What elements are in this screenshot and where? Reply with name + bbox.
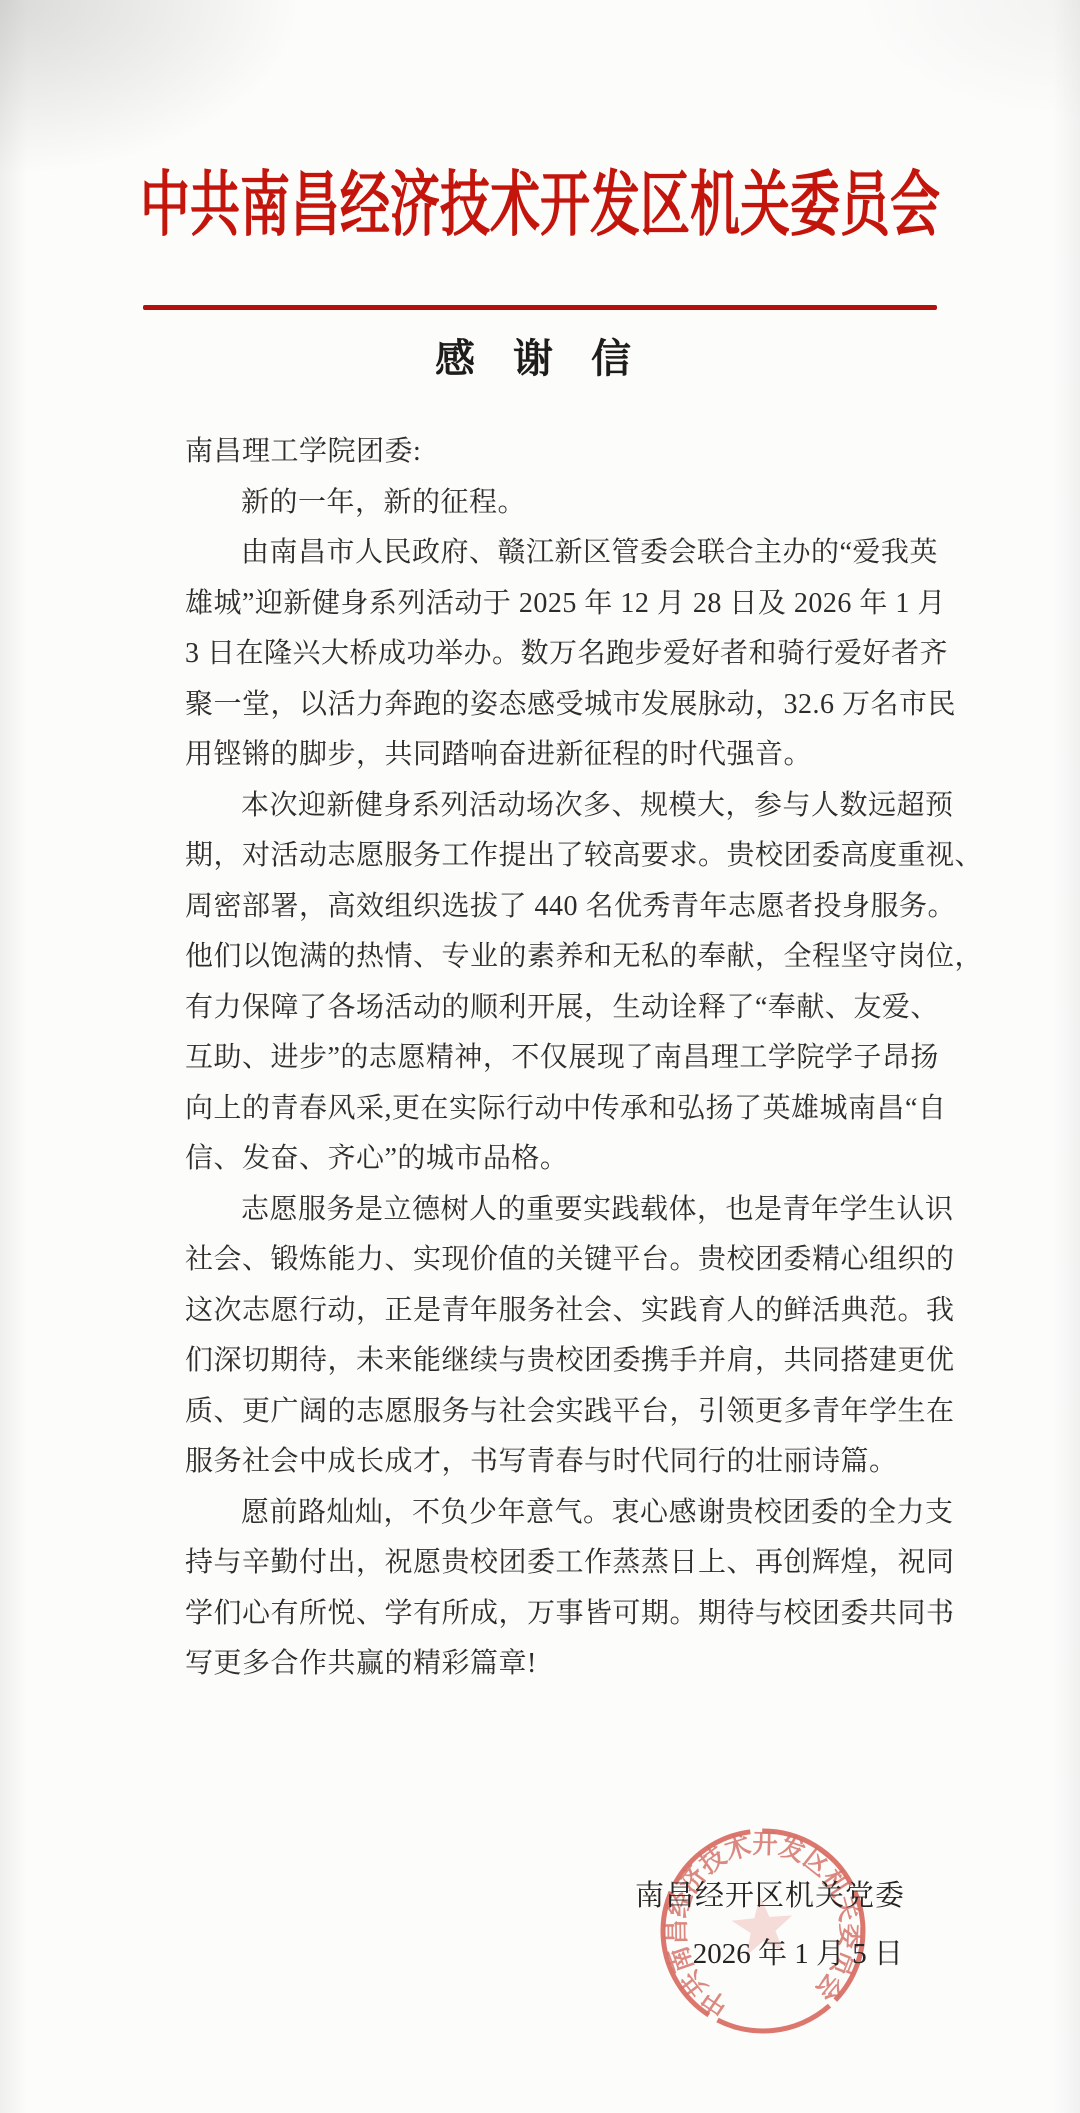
body-line: 互助、进步”的志愿精神，不仅展现了南昌理工学院学子昂扬 <box>185 1033 925 1084</box>
body-paragraphs: 新的一年，新的征程。由南昌市人民政府、赣江新区管委会联合主办的“爱我英雄城”迎新… <box>185 478 925 1690</box>
body-line: 信、发奋、齐心”的城市品格。 <box>185 1134 925 1185</box>
body-line: 他们以饱满的热情、专业的素养和无私的奉献，全程坚守岗位， <box>185 932 925 983</box>
letter-page: 中共南昌经济技术开发区机关委员会 感 谢 信 南昌理工学院团委: 新的一年，新的… <box>0 0 1080 2113</box>
official-seal: 中共南昌经济技术开发区机关委员会 <box>648 1816 878 2046</box>
body-line: 用铿锵的脚步，共同踏响奋进新征程的时代强音。 <box>185 730 925 781</box>
body-line: 向上的青春风采,更在实际行动中传承和弘扬了英雄城南昌“自 <box>185 1084 925 1135</box>
body-line: 雄城”迎新健身系列活动于 2025 年 12 月 28 日及 2026 年 1 … <box>185 579 925 630</box>
body-line: 写更多合作共赢的精彩篇章! <box>185 1639 925 1690</box>
signature-date: 2026 年 1 月 5 日 <box>693 1936 903 1972</box>
body-line: 社会、锻炼能力、实现价值的关键平台。贵校团委精心组织的 <box>185 1235 925 1286</box>
body-line: 这次志愿行动，正是青年服务社会、实践育人的鲜活典范。我 <box>185 1286 925 1337</box>
body-line: 由南昌市人民政府、赣江新区管委会联合主办的“爱我英 <box>185 528 925 579</box>
body-line: 志愿服务是立德树人的重要实践载体，也是青年学生认识 <box>185 1185 925 1236</box>
letterhead-title: 中共南昌经济技术开发区机关委员会 <box>140 162 940 247</box>
salutation: 南昌理工学院团委: <box>185 427 925 478</box>
document-title: 感 谢 信 <box>0 336 1080 382</box>
letterhead: 中共南昌经济技术开发区机关委员会 <box>0 0 1080 235</box>
letterhead-rule <box>143 305 937 310</box>
body-line: 们深切期待，未来能继续与贵校团委携手并肩，共同搭建更优 <box>185 1336 925 1387</box>
letter-body: 南昌理工学院团委: 新的一年，新的征程。由南昌市人民政府、赣江新区管委会联合主办… <box>185 427 925 1690</box>
body-line: 聚一堂，以活力奔跑的姿态感受城市发展脉动，32.6 万名市民 <box>185 680 925 731</box>
body-line: 质、更广阔的志愿服务与社会实践平台，引领更多青年学生在 <box>185 1387 925 1438</box>
body-line: 服务社会中成长成才，书写青春与时代同行的壮丽诗篇。 <box>185 1437 925 1488</box>
signature-org: 南昌经开区机关党委 <box>635 1878 905 1914</box>
body-line: 有力保障了各场活动的顺利开展，生动诠释了“奉献、友爱、 <box>185 983 925 1034</box>
body-line: 愿前路灿灿，不负少年意气。衷心感谢贵校团委的全力支 <box>185 1488 925 1539</box>
body-line: 3 日在隆兴大桥成功举办。数万名跑步爱好者和骑行爱好者齐 <box>185 629 925 680</box>
body-line: 新的一年，新的征程。 <box>185 478 925 529</box>
body-line: 持与辛勤付出，祝愿贵校团委工作蒸蒸日上、再创辉煌，祝同 <box>185 1538 925 1589</box>
body-line: 本次迎新健身系列活动场次多、规模大，参与人数远超预 <box>185 781 925 832</box>
body-line: 学们心有所悦、学有所成，万事皆可期。期待与校团委共同书 <box>185 1589 925 1640</box>
body-line: 期，对活动志愿服务工作提出了较高要求。贵校团委高度重视、 <box>185 831 925 882</box>
body-line: 周密部署，高效组织选拔了 440 名优秀青年志愿者投身服务。 <box>185 882 925 933</box>
